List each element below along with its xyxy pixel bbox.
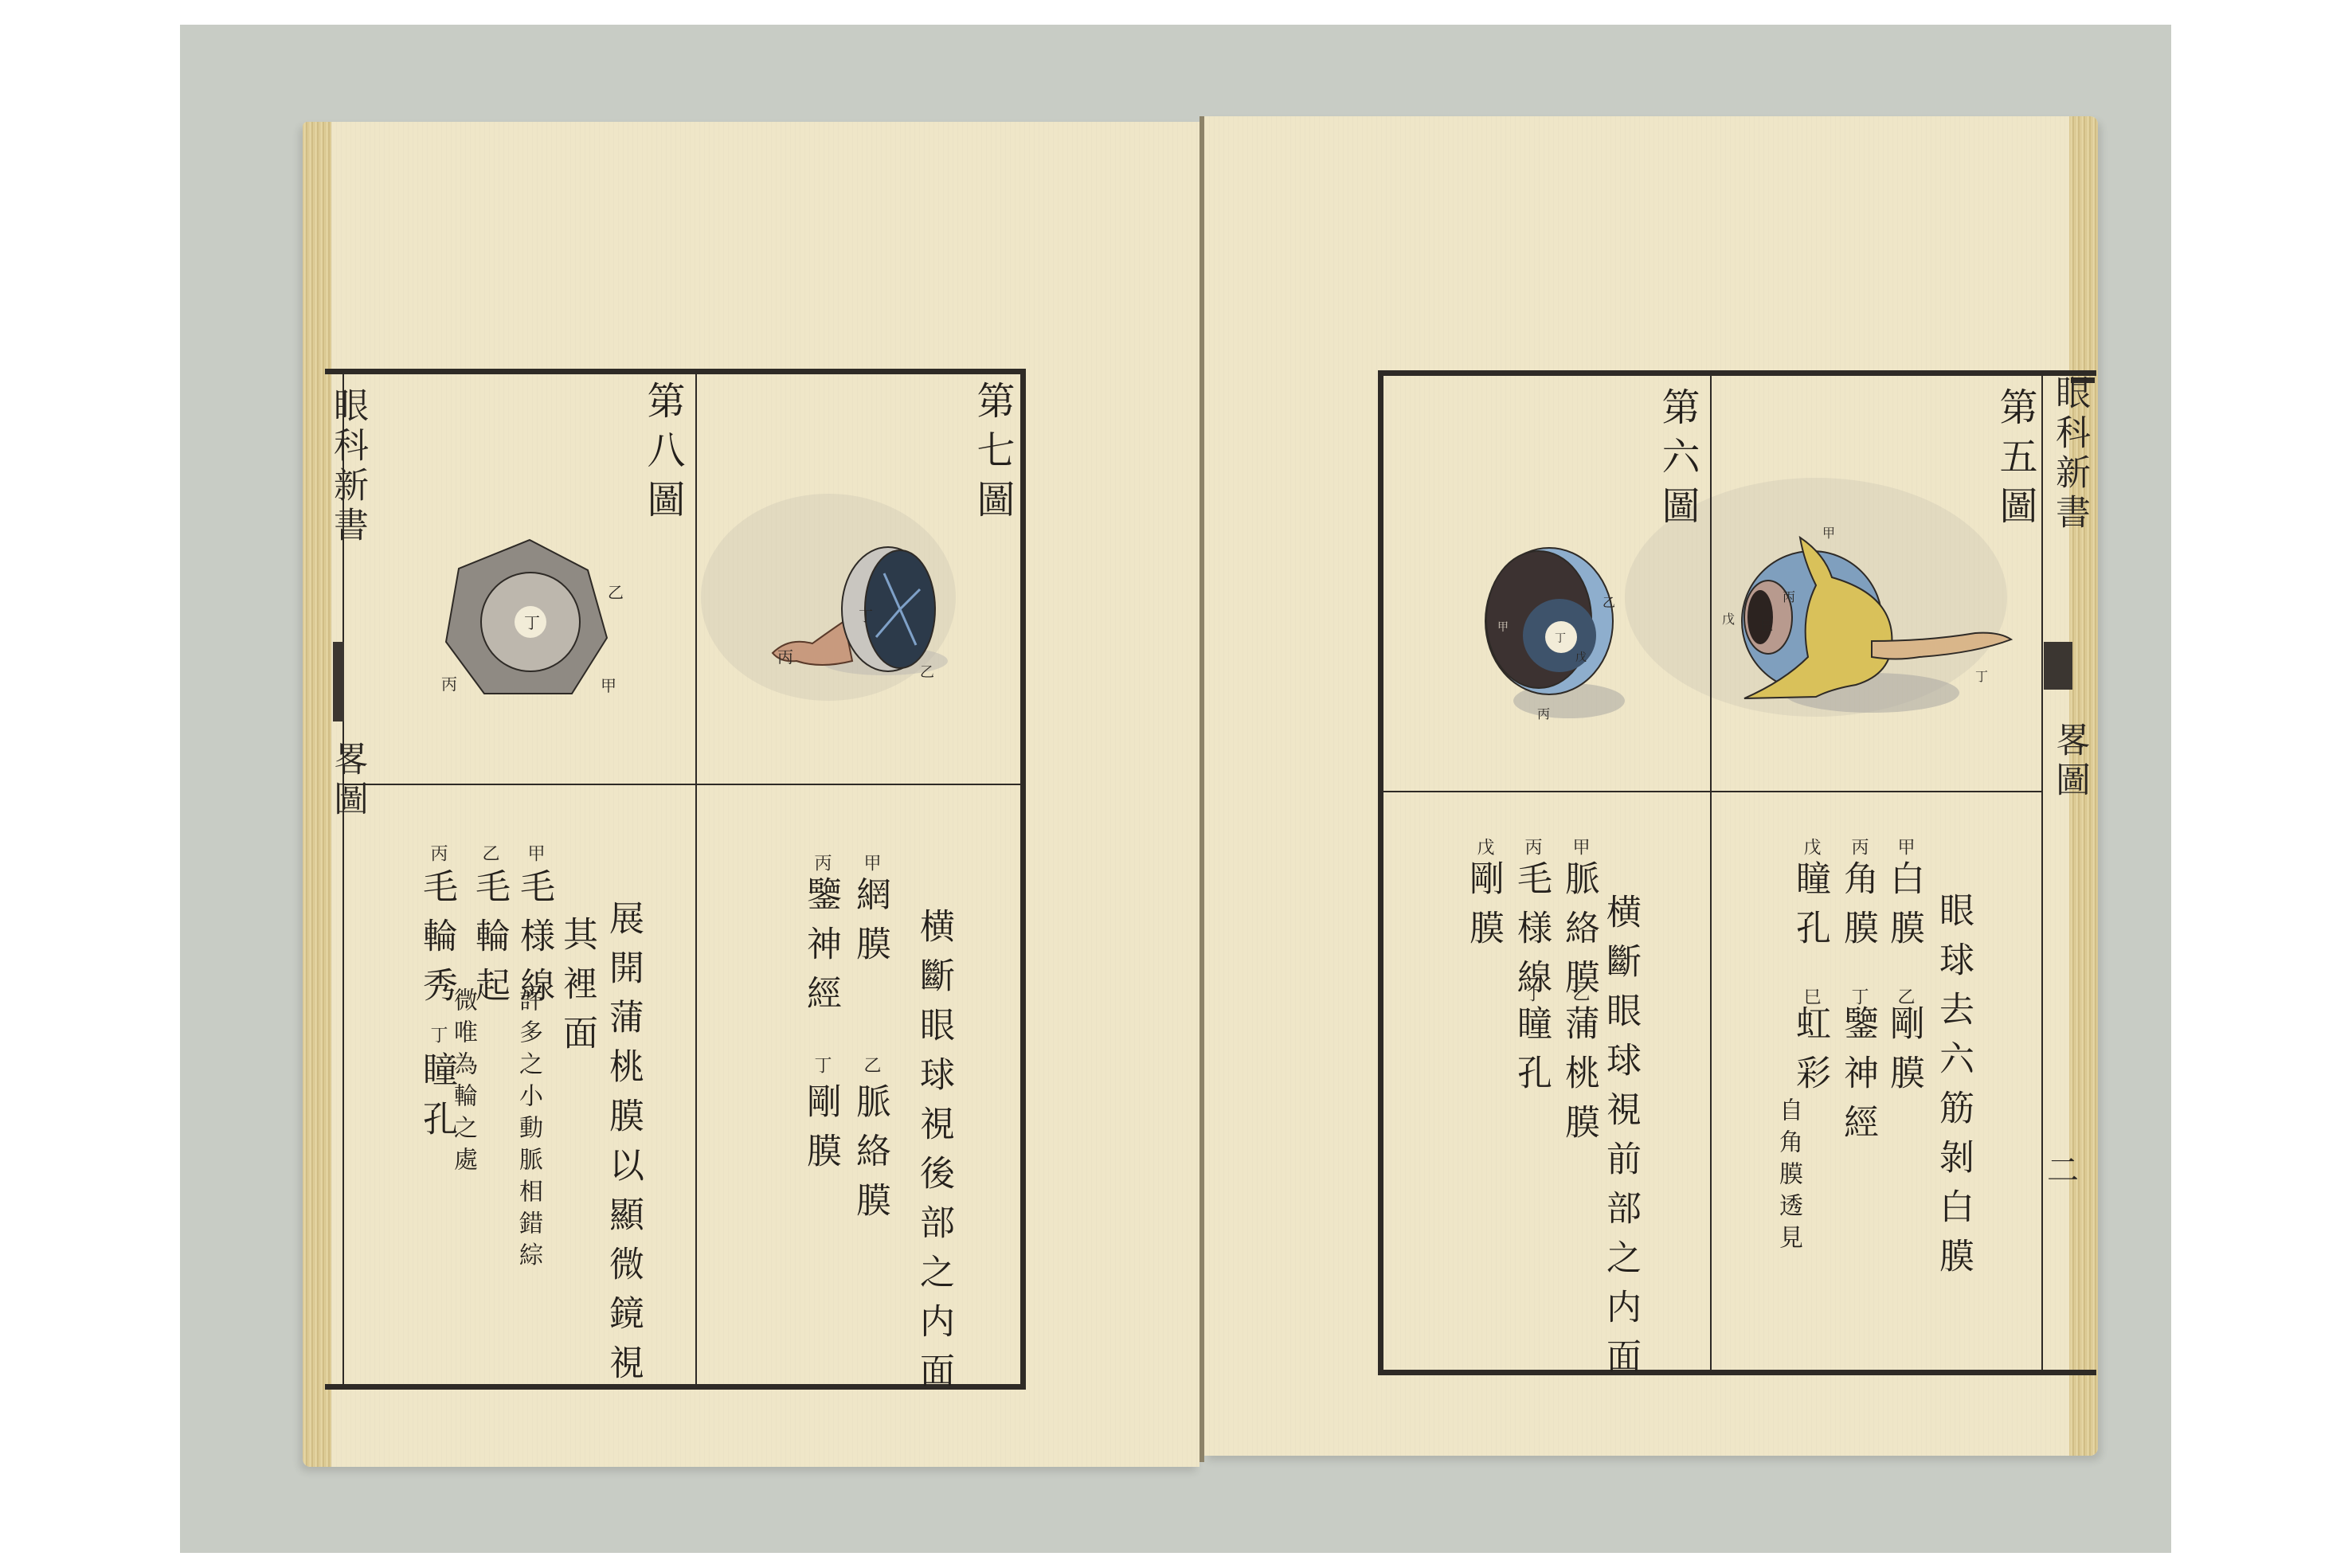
figure-8-caption-sub: 其裡面 <box>559 916 594 1064</box>
figure-7-legend-item: 脈絡膜 <box>852 1083 887 1231</box>
svg-text:丙: 丙 <box>1537 706 1550 721</box>
svg-text:戊: 戊 <box>1722 612 1735 627</box>
page-number: 二 <box>2047 1145 2079 1191</box>
figure-8-title: 第八圖 <box>644 381 682 529</box>
svg-text:丁: 丁 <box>859 608 873 625</box>
figure-8-legend-item: 瞳孔 <box>419 1051 454 1150</box>
right-column-divider <box>1710 376 1712 1371</box>
figure-6-caption: 横斷眼球視前部之内面 <box>1603 893 1638 1387</box>
svg-text:戊: 戊 <box>1575 651 1587 664</box>
legend-mark: 丙 <box>1523 838 1540 855</box>
figure-5-title: 第五圖 <box>1996 387 2034 535</box>
legend-mark: 戊 <box>1475 838 1493 855</box>
legend-mark: 丁 <box>1849 987 1867 1005</box>
legend-mark: 甲 <box>1896 838 1913 855</box>
left-column-divider <box>695 374 697 1384</box>
figure-5-legend-item: 角膜 <box>1840 860 1875 959</box>
figure-5-legend-item: 虹彩 <box>1792 1005 1827 1104</box>
right-spine-fishtail <box>2044 642 2072 690</box>
right-inner-border <box>2041 376 2043 1371</box>
figure-8-legend-note: 許多之小動脈相錯綜 <box>516 987 540 1274</box>
figure-6-legend-item: 剛膜 <box>1466 860 1501 959</box>
svg-text:甲: 甲 <box>1497 621 1509 634</box>
figure-6-title: 第六圖 <box>1658 387 1696 535</box>
svg-text:乙: 乙 <box>608 583 624 602</box>
legend-mark: 丁 <box>1523 984 1540 1002</box>
figure-6-legend-item: 蒲桃膜 <box>1561 1005 1596 1153</box>
legend-mark: 丁 <box>429 1026 446 1043</box>
svg-text:甲: 甲 <box>601 676 616 695</box>
legend-mark: 丙 <box>812 854 830 871</box>
svg-text:巳: 巳 <box>1760 618 1773 633</box>
figure-7-legend-item: 鑒神經 <box>803 876 838 1024</box>
figure-5-legend-item: 鑒神經 <box>1840 1005 1875 1153</box>
legend-mark: 乙 <box>862 1056 879 1073</box>
legend-mark: 丁 <box>812 1056 830 1073</box>
legend-mark: 丙 <box>429 844 446 862</box>
figure-6-eye-section-illustration: 丁 乙 甲 戊 丙 <box>1481 542 1673 733</box>
figure-7-legend-item: 網膜 <box>852 876 887 975</box>
figure-5-legend-item: 白膜 <box>1886 860 1921 959</box>
legend-mark: 乙 <box>1571 984 1588 1002</box>
figure-8-caption: 展開蒲桃膜以顯微鏡視 <box>605 900 640 1394</box>
right-spine-title: 眼科新書 <box>2044 374 2095 534</box>
figure-5-legend-item: 瞳孔 <box>1792 860 1827 959</box>
figure-6-legend-item: 瞳孔 <box>1513 1005 1548 1104</box>
svg-text:甲: 甲 <box>1822 526 1835 541</box>
figure-8-legend-item: 毛輪秀 <box>419 868 454 1016</box>
legend-mark: 甲 <box>862 854 879 871</box>
figure-5-legend-note: 自角膜透見 <box>1776 1097 1800 1257</box>
svg-text:乙: 乙 <box>1603 595 1615 610</box>
svg-text:丁: 丁 <box>1975 669 1988 684</box>
legend-mark: 乙 <box>480 844 498 862</box>
legend-mark: 丙 <box>1849 838 1867 855</box>
legend-mark: 乙 <box>1896 987 1913 1005</box>
legend-mark: 甲 <box>1571 838 1588 855</box>
figure-7-legend-item: 剛膜 <box>803 1083 838 1182</box>
legend-mark: 巳 <box>1802 987 1819 1005</box>
svg-text:丙: 丙 <box>1783 589 1795 604</box>
right-frame-bottom-extension <box>2071 1370 2095 1375</box>
figure-8-iris-illustration: 丁 乙 丙 甲 <box>436 522 644 706</box>
legend-mark: 戊 <box>1802 838 1819 855</box>
figure-7-title: 第七圖 <box>973 381 1012 529</box>
left-spine-section: 畧圖 <box>322 741 373 820</box>
left-spine-title: 眼科新書 <box>322 387 373 546</box>
right-row-divider <box>1383 791 2041 792</box>
book-gutter <box>1199 116 1204 1462</box>
figure-5-legend-item: 剛膜 <box>1886 1005 1921 1104</box>
legend-mark: 甲 <box>526 844 543 862</box>
svg-text:丁: 丁 <box>524 613 540 632</box>
figure-5-caption: 眼球去六筋剝白膜 <box>1935 892 1970 1287</box>
figure-5-eyeball-illustration: 甲 丙 巳 戊 丁 <box>1736 522 2023 721</box>
svg-text:丙: 丙 <box>777 647 793 667</box>
figure-7-eye-illustration: 丙 乙 丁 <box>757 542 964 685</box>
svg-text:丙: 丙 <box>441 675 457 694</box>
figure-7-caption: 横斷眼球視後部之内面 <box>916 908 951 1402</box>
left-spine-fishtail <box>333 642 344 721</box>
svg-text:丁: 丁 <box>1555 632 1566 645</box>
left-row-divider <box>344 784 1021 785</box>
right-spine-section: 畧圖 <box>2044 721 2095 801</box>
svg-text:乙: 乙 <box>920 664 934 681</box>
